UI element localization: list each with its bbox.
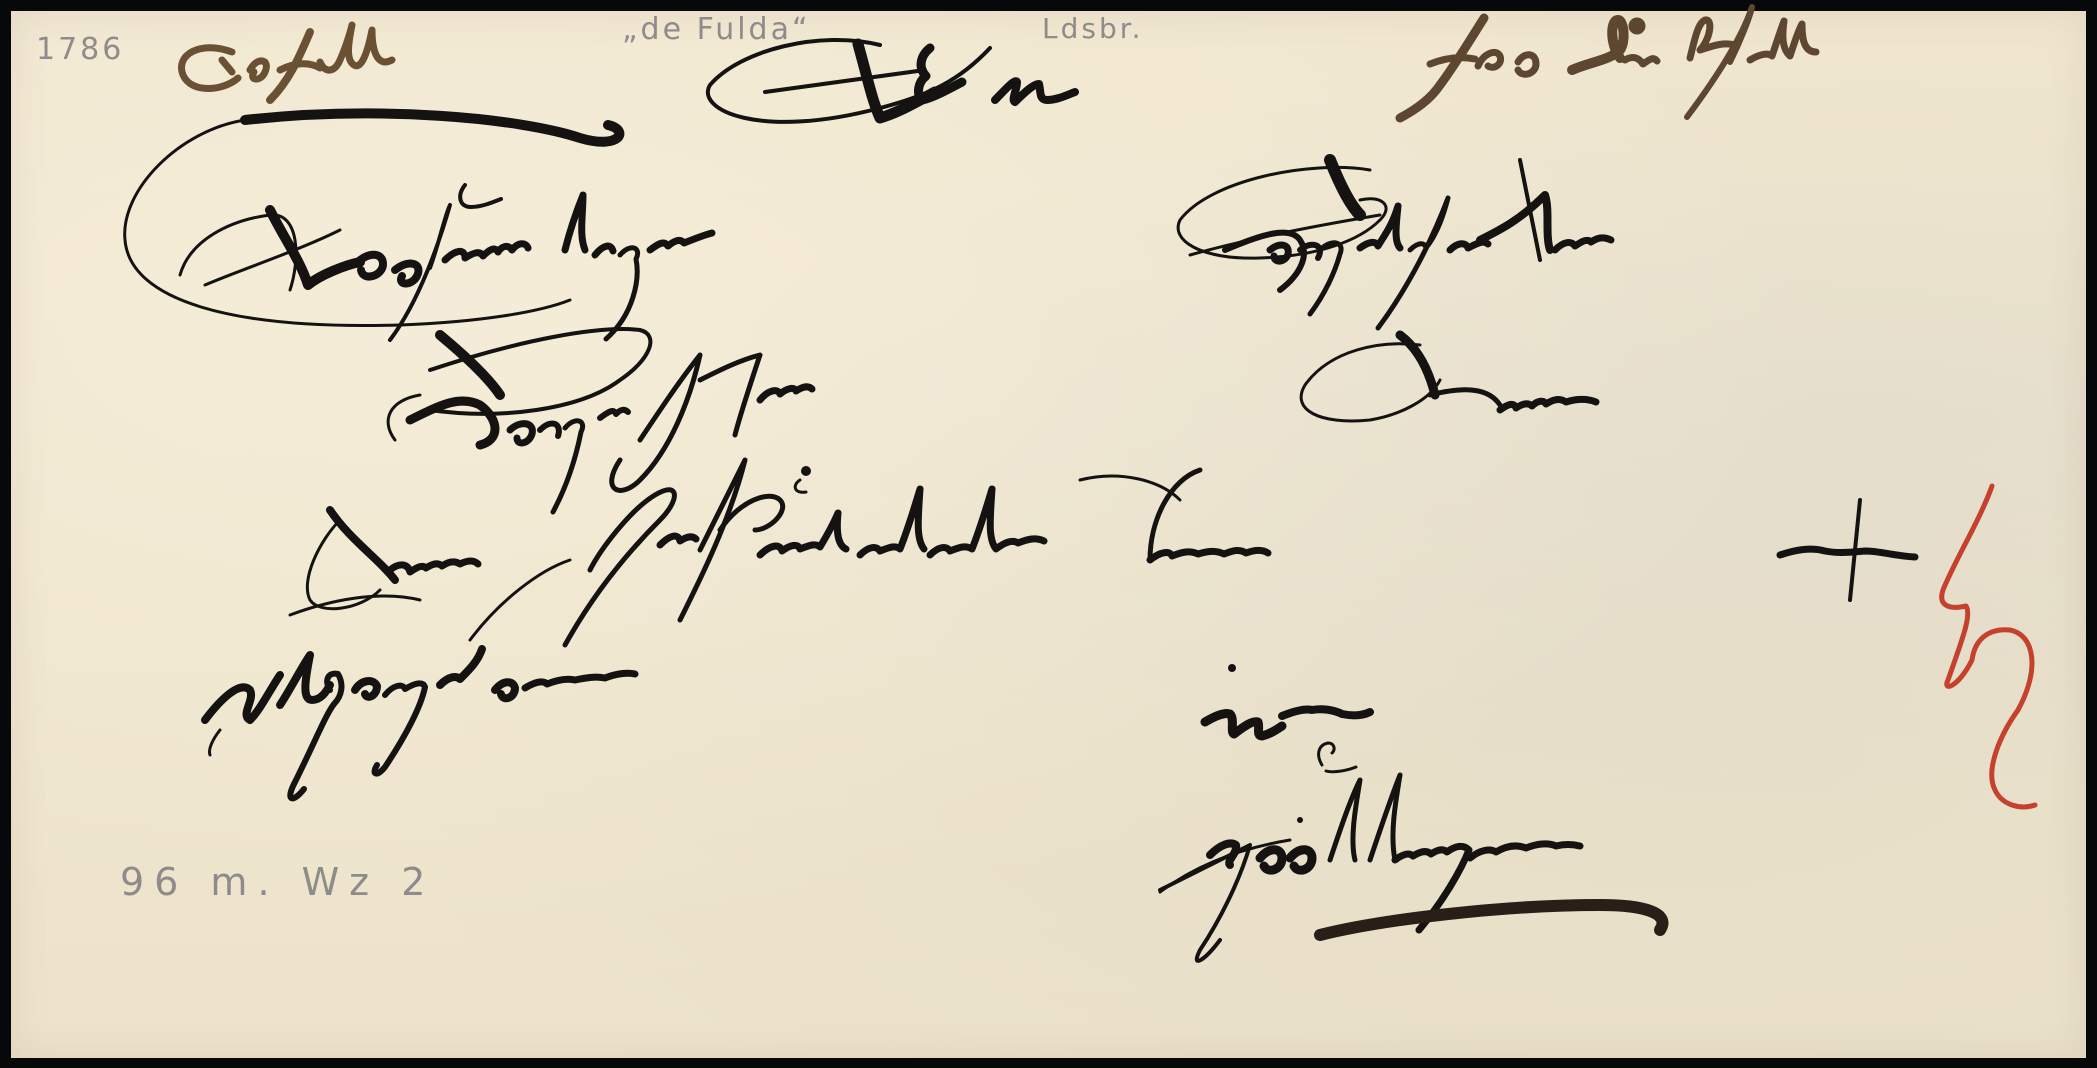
postage-mark-red xyxy=(1942,486,2035,807)
address-line-in xyxy=(1205,664,1370,736)
address-line-herrn-superintendenten xyxy=(290,460,1915,645)
origin-mark-de-fulda xyxy=(181,25,392,100)
address-flourish-top xyxy=(125,113,620,325)
address-line-hochgeehrten-herrn xyxy=(388,329,1596,512)
address-an xyxy=(708,40,1075,122)
franking-note-fro-duderstadt xyxy=(1400,7,1816,118)
address-line-abgeordneten xyxy=(205,649,635,798)
address-line-hochwuerdigen xyxy=(180,185,712,340)
handwriting-layer xyxy=(0,0,2097,1068)
address-line-goettingen xyxy=(1160,743,1663,961)
address-line-hochgelehrten xyxy=(1178,160,1611,328)
